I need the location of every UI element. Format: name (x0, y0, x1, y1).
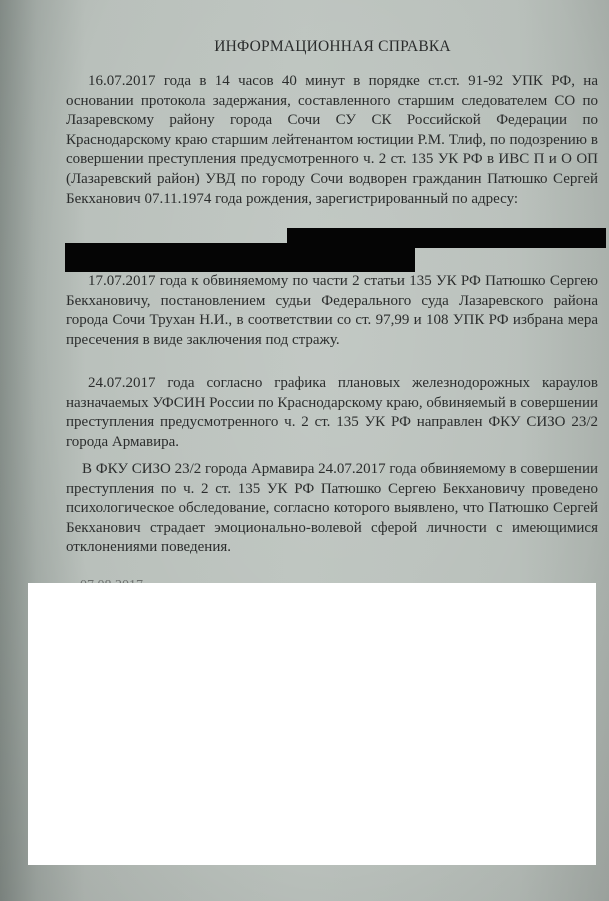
white-cover-block (28, 583, 596, 865)
paragraph-detention-text: 16.07.2017 года в 14 часов 40 минут в по… (66, 73, 598, 207)
paragraph-transfer: 24.07.2017 года согласно графика плановы… (66, 374, 598, 452)
document-title: ИНФОРМАЦИОННАЯ СПРАВКА (0, 38, 609, 56)
redaction-bar-address-continued (65, 243, 415, 272)
paragraph-detention: 16.07.2017 года в 14 часов 40 минут в по… (66, 72, 598, 209)
paragraph-psych-exam: В ФКУ СИЗО 23/2 города Армавира 24.07.20… (66, 460, 598, 558)
document-photo: ИНФОРМАЦИОННАЯ СПРАВКА 16.07.2017 года в… (0, 0, 609, 901)
paragraph-custody: 17.07.2017 года к обвиняемому по части 2… (66, 272, 598, 350)
